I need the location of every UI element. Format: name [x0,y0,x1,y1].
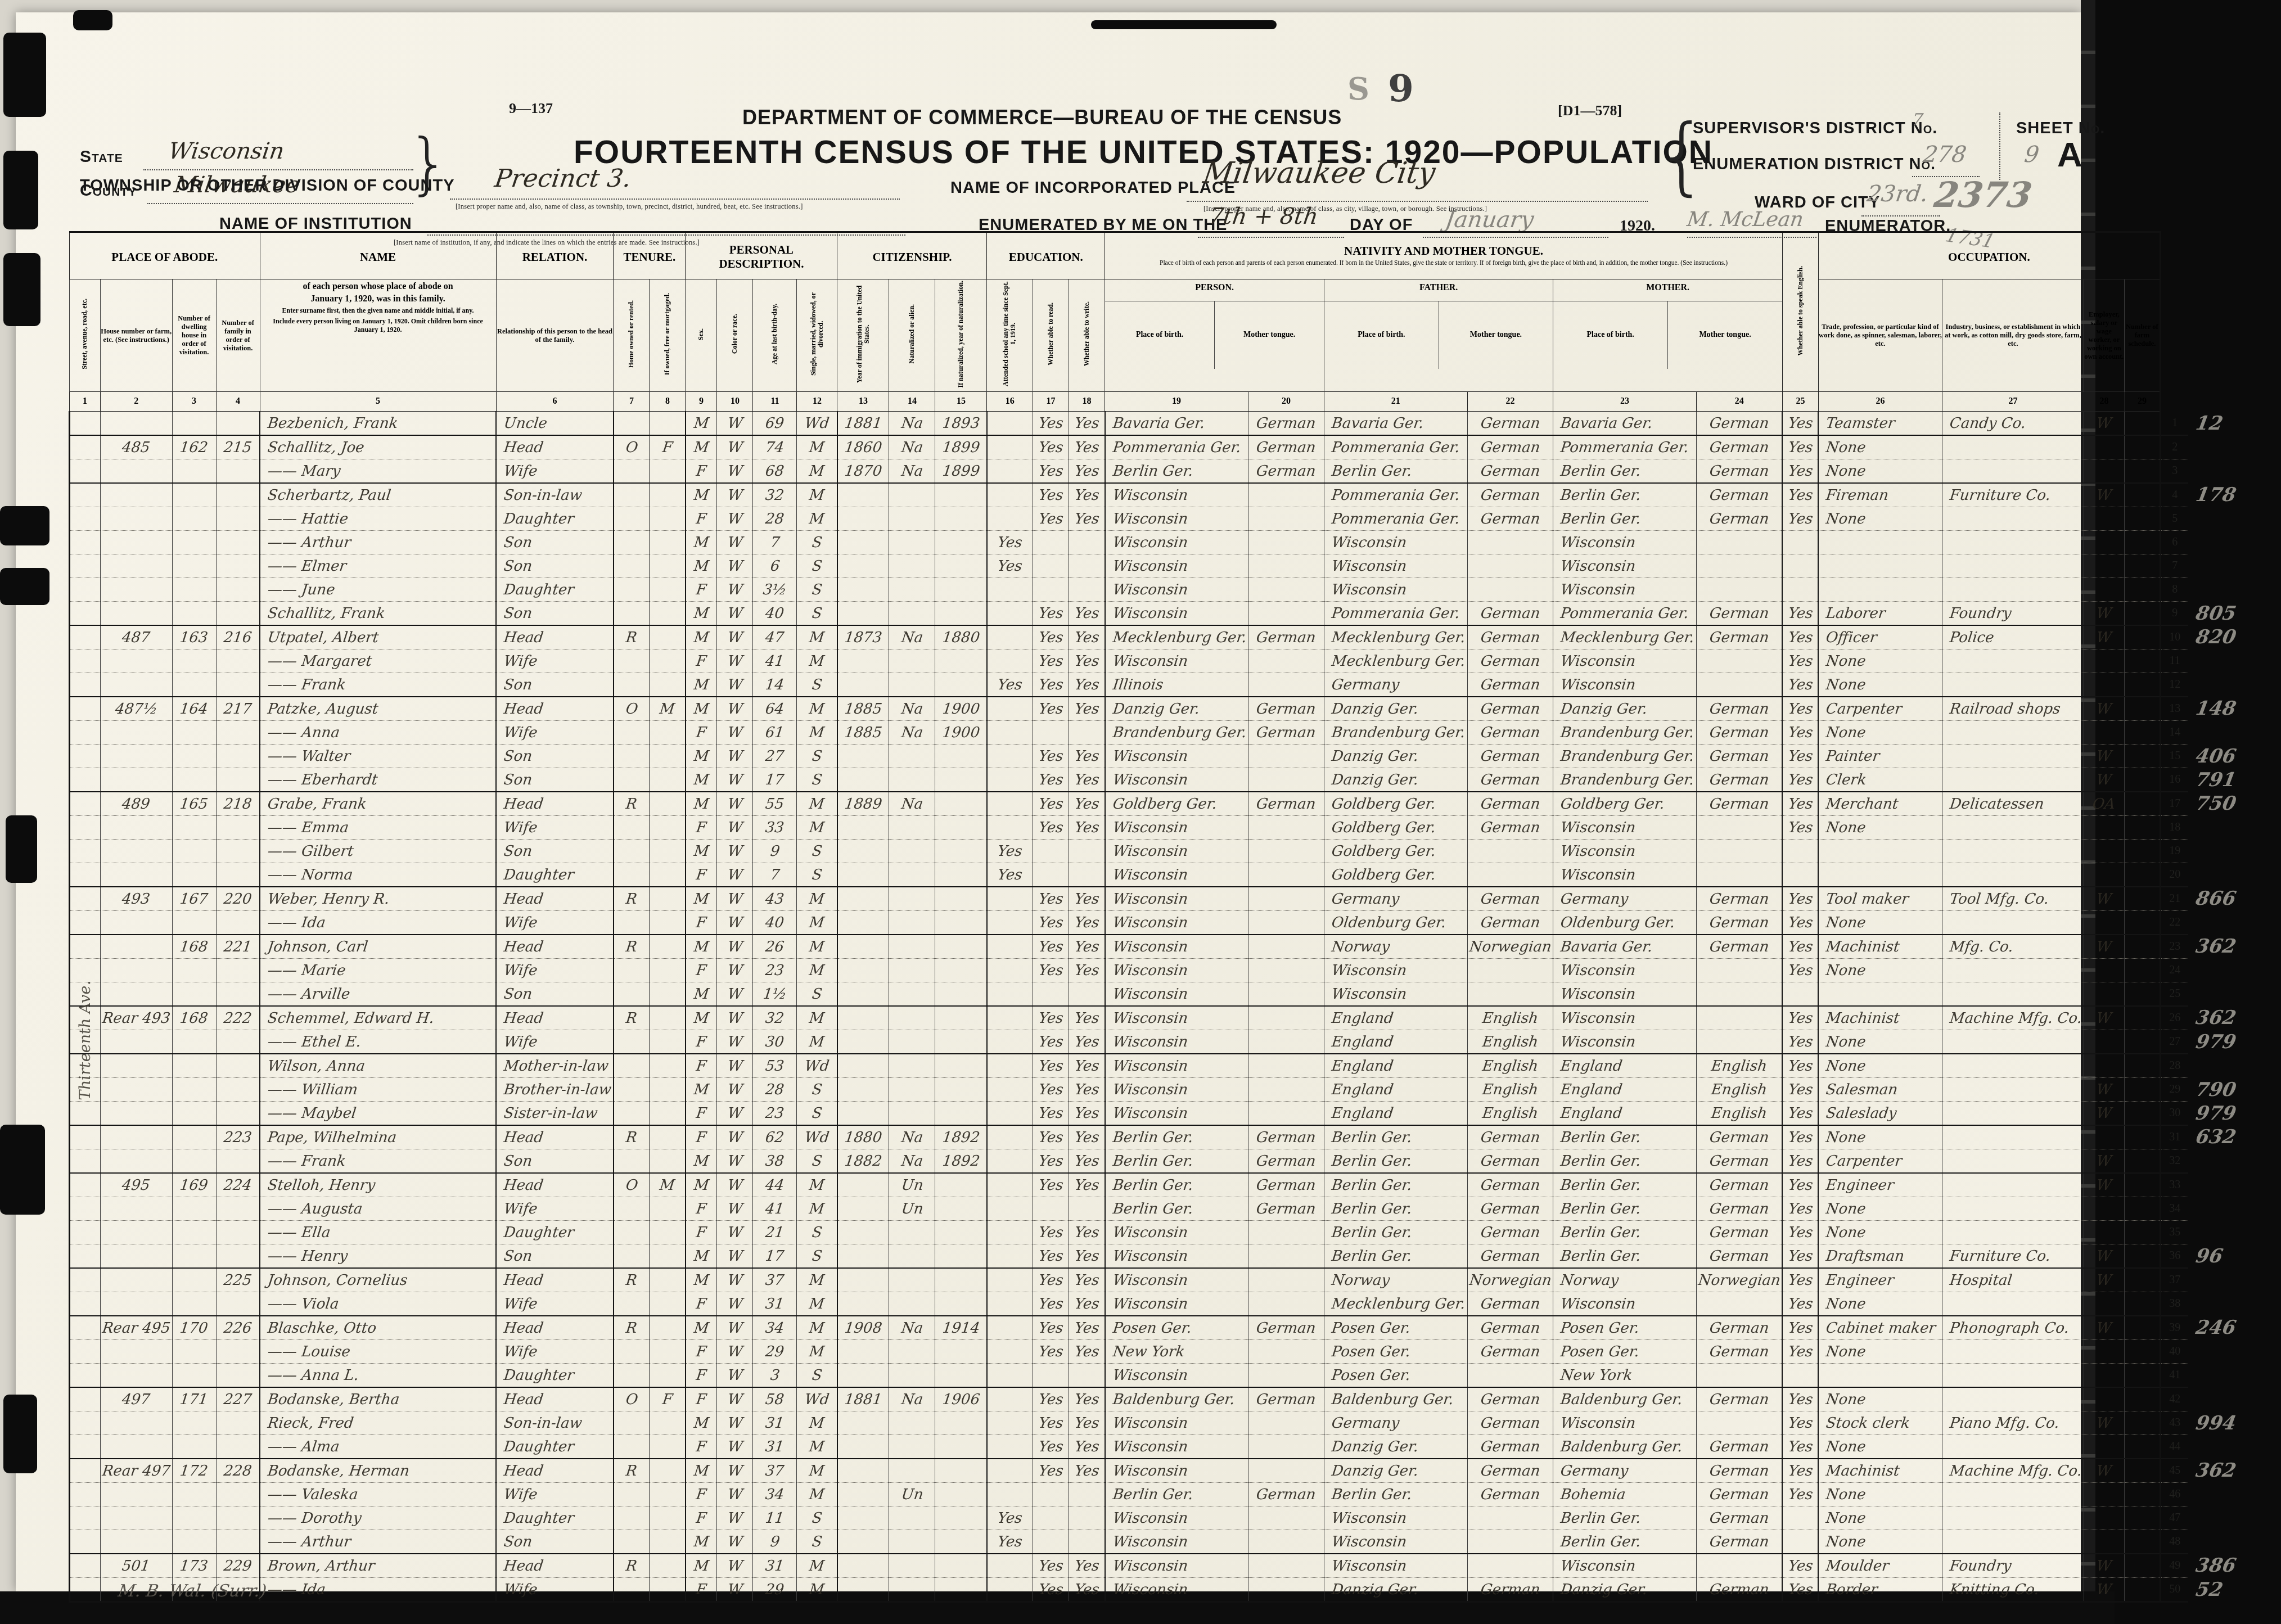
cell-mb-17: Goldberg Ger. [1553,792,1697,816]
cell-mb-27: Wisconsin [1553,1030,1697,1054]
cell-f-37: 225 [216,1268,260,1292]
cell-na-32: Na [889,1149,935,1174]
cell-mb-7: Wisconsin [1553,554,1697,578]
cell-na-40 [889,1340,935,1364]
cell-in-14 [1942,721,2084,745]
cell-mb-20: Wisconsin [1553,863,1697,887]
cell-in-21: Tool Mfg. Co. [1942,887,2084,911]
cell-en-36: Yes [1782,1244,1818,1269]
cell-rl-11: Wife [496,649,614,673]
cell-pb-25: Wisconsin [1105,982,1248,1007]
cell-na-11 [889,649,935,673]
cell-f-25 [216,982,260,1007]
margin-stamp-36: 96 [2188,1244,2256,1269]
cell-d-19 [172,840,216,863]
cell-fs-23 [2124,935,2160,959]
cell-ms-45: M [797,1459,837,1483]
group-relation: RELATION. [496,232,614,279]
cell-ft-48 [1467,1530,1553,1554]
cell-f-36 [216,1244,260,1269]
cell-mo-13: German [1696,697,1782,721]
cell-rd-42: Yes [1033,1387,1069,1411]
cell-m-29 [650,1078,686,1102]
cell-rl-29: Brother-in-law [496,1078,614,1102]
cell-en-39: Yes [1782,1316,1818,1340]
cell-in-2 [1942,435,2084,459]
cell-yn-13: 1900 [935,697,987,721]
cell-ft-33: German [1467,1173,1553,1197]
cell-ms-41: S [797,1364,837,1388]
cell-fs-44 [2124,1435,2160,1459]
cell-m-30 [650,1102,686,1126]
cell-h-48 [100,1530,172,1554]
cell-yi-25 [837,982,889,1007]
cell-yn-15 [935,745,987,768]
cell-mt-21 [1248,887,1324,911]
cell-mb-4: Berlin Ger. [1553,483,1697,507]
cell-street-3 [70,459,101,484]
cell-nm-6: —— Arthur [260,531,496,554]
cell-pb-18: Wisconsin [1105,816,1248,840]
cell-ft-3: German [1467,459,1553,484]
cell-en-11: Yes [1782,649,1818,673]
cell-o-43 [614,1411,650,1435]
census-row-36: —— HenrySonMW17SYesYesWisconsinBerlin Ge… [70,1244,2256,1269]
cell-sc-38 [987,1292,1033,1316]
cell-mb-5: Berlin Ger. [1553,507,1697,531]
census-row-6: —— ArthurSonMW7SYesWisconsinWisconsinWis… [70,531,2256,554]
cell-yn-36 [935,1244,987,1269]
cell-en-40: Yes [1782,1340,1818,1364]
cell-wr-49: Yes [1069,1554,1105,1578]
cell-rl-26: Head [496,1006,614,1030]
cell-rd-2: Yes [1033,435,1069,459]
cell-ft-25 [1467,982,1553,1007]
cell-street-2 [70,435,101,459]
cell-ag-22: 40 [753,911,797,935]
cell-pb-6: Wisconsin [1105,531,1248,554]
place-label: NAME OF INCORPORATED PLACE [950,179,1236,197]
cell-d-6 [172,531,216,554]
cell-h-18 [100,816,172,840]
line-number-26: 26 [2160,1006,2188,1030]
cell-oc-26: Machinist [1818,1006,1942,1030]
cell-m-5 [650,507,686,531]
cell-rd-14 [1033,721,1069,745]
cell-yn-48 [935,1530,987,1554]
cell-fs-21 [2124,887,2160,911]
cell-rd-26: Yes [1033,1006,1069,1030]
cell-yn-2: 1899 [935,435,987,459]
census-row-3: —— MaryWifeFW68M1870Na1899YesYesBerlin G… [70,459,2256,484]
cell-na-7 [889,554,935,578]
cell-pb-39: Posen Ger. [1105,1316,1248,1340]
cell-f-12 [216,673,260,697]
margin-stamp-10: 820 [2188,625,2256,649]
cell-h-17: 489 [100,792,172,816]
cell-street-18 [70,816,101,840]
line-number-16: 16 [2160,768,2188,792]
cell-rd-32: Yes [1033,1149,1069,1174]
sheet-value: 9 [2023,142,2041,168]
cell-nm-12: —— Frank [260,673,496,697]
header-divider [1999,112,2000,180]
cell-in-30 [1942,1102,2084,1126]
binder-clip [0,506,49,545]
cell-rd-25 [1033,982,1069,1007]
cell-sc-10 [987,625,1033,649]
cell-fs-25 [2124,982,2160,1007]
cell-sc-35 [987,1221,1033,1244]
cell-em-7 [2084,554,2124,578]
cell-em-38 [2084,1292,2124,1316]
cell-oc-39: Cabinet maker [1818,1316,1942,1340]
cell-rd-37: Yes [1033,1268,1069,1292]
cell-yi-2: 1860 [837,435,889,459]
cell-yn-47 [935,1506,987,1530]
margin-stamp-12 [2188,673,2256,697]
line-number-27: 27 [2160,1030,2188,1054]
cell-na-22 [889,911,935,935]
cell-mb-47: Berlin Ger. [1553,1506,1697,1530]
cell-cr-21: W [717,887,753,911]
cell-h-19 [100,840,172,863]
cell-em-27 [2084,1030,2124,1054]
cell-rl-4: Son-in-law [496,483,614,507]
cell-ms-29: S [797,1078,837,1102]
cell-na-29 [889,1078,935,1102]
cell-en-45: Yes [1782,1459,1818,1483]
cell-o-20 [614,863,650,887]
cell-mo-12 [1696,673,1782,697]
cell-o-17: R [614,792,650,816]
cell-street-12 [70,673,101,697]
cell-pb-11: Wisconsin [1105,649,1248,673]
cell-ag-34: 41 [753,1197,797,1221]
cell-em-4: W [2084,483,2124,507]
cell-m-48 [650,1530,686,1554]
cell-nm-16: —— Eberhardt [260,768,496,792]
cell-wr-11: Yes [1069,649,1105,673]
col-free-mortgaged: If owned, free or mortgaged. [650,279,686,392]
cell-oc-31: None [1818,1125,1942,1149]
cell-sc-17 [987,792,1033,816]
cell-h-40 [100,1340,172,1364]
cell-yn-9 [935,602,987,626]
cell-in-40 [1942,1340,2084,1364]
margin-stamp-19 [2188,840,2256,863]
cell-m-32 [650,1149,686,1174]
census-title: FOURTEENTH CENSUS OF THE UNITED STATES: … [574,134,1713,171]
cell-fb-7: Wisconsin [1324,554,1468,578]
cell-mo-31: German [1696,1125,1782,1149]
cell-d-21: 167 [172,887,216,911]
cell-o-45: R [614,1459,650,1483]
line-number-14: 14 [2160,721,2188,745]
cell-f-33: 224 [216,1173,260,1197]
cell-nm-19: —— Gilbert [260,840,496,863]
cell-h-42: 497 [100,1387,172,1411]
cell-cr-12: W [717,673,753,697]
cell-nm-33: Stelloh, Henry [260,1173,496,1197]
cell-mb-46: Bohemia [1553,1483,1697,1506]
cell-sc-31 [987,1125,1033,1149]
cell-f-14 [216,721,260,745]
cell-mo-38 [1696,1292,1782,1316]
cell-yi-47 [837,1506,889,1530]
cell-mo-41 [1696,1364,1782,1388]
cell-ft-29: English [1467,1078,1553,1102]
cell-ft-39: German [1467,1316,1553,1340]
cell-fb-30: England [1324,1102,1468,1126]
cell-fs-35 [2124,1221,2160,1244]
enum-district-label: ENUMERATION DISTRICT No. [1693,155,1936,174]
cell-in-10: Police [1942,625,2084,649]
cell-street-19 [70,840,101,863]
cell-o-25 [614,982,650,1007]
cell-in-13: Railroad shops [1942,697,2084,721]
cell-o-48 [614,1530,650,1554]
cell-o-39: R [614,1316,650,1340]
cell-rl-37: Head [496,1268,614,1292]
cell-fb-35: Berlin Ger. [1324,1221,1468,1244]
cell-fs-11 [2124,649,2160,673]
cell-yi-32: 1882 [837,1149,889,1174]
cell-na-31: Na [889,1125,935,1149]
cell-ms-33: M [797,1173,837,1197]
cell-sx-34: F [686,1197,717,1221]
cell-d-25 [172,982,216,1007]
cell-in-38 [1942,1292,2084,1316]
cell-cr-31: W [717,1125,753,1149]
cell-ag-49: 31 [753,1554,797,1578]
cell-mb-13: Danzig Ger. [1553,697,1697,721]
cell-in-45: Machine Mfg. Co. [1942,1459,2084,1483]
cell-ag-25: 1½ [753,982,797,1007]
line-number-9: 9 [2160,602,2188,626]
cell-oc-12: None [1818,673,1942,697]
cell-yi-24 [837,959,889,982]
cell-fs-29 [2124,1078,2160,1102]
cell-o-26: R [614,1006,650,1030]
cell-o-32 [614,1149,650,1174]
cell-mb-31: Berlin Ger. [1553,1125,1697,1149]
cell-rl-5: Daughter [496,507,614,531]
cell-sx-8: F [686,578,717,602]
line-number-38: 38 [2160,1292,2188,1316]
cell-o-42: O [614,1387,650,1411]
cell-wr-28: Yes [1069,1054,1105,1078]
cell-yn-38 [935,1292,987,1316]
cell-mb-45: Germany [1553,1459,1697,1483]
cell-mb-23: Bavaria Ger. [1553,935,1697,959]
cell-sx-10: M [686,625,717,649]
cell-oc-45: Machinist [1818,1459,1942,1483]
cell-ag-20: 7 [753,863,797,887]
cell-in-16 [1942,768,2084,792]
cell-oc-22: None [1818,911,1942,935]
census-row-20: —— NormaDaughterFW7SYesWisconsinGoldberg… [70,863,2256,887]
cell-ms-42: Wd [797,1387,837,1411]
cell-rl-20: Daughter [496,863,614,887]
cell-sx-16: M [686,768,717,792]
cell-m-9 [650,602,686,626]
cell-sc-46 [987,1483,1033,1506]
cell-ag-36: 17 [753,1244,797,1269]
cell-cr-46: W [717,1483,753,1506]
cell-oc-10: Officer [1818,625,1942,649]
cell-ms-34: M [797,1197,837,1221]
cell-ft-22: German [1467,911,1553,935]
cell-ag-42: 58 [753,1387,797,1411]
cell-in-3 [1942,459,2084,484]
cell-rl-43: Son-in-law [496,1411,614,1435]
doc-number: [D1—578] [1558,102,1622,119]
cell-yi-7 [837,554,889,578]
cell-d-8 [172,578,216,602]
cell-ag-11: 41 [753,649,797,673]
cell-sc-14 [987,721,1033,745]
line-number-46: 46 [2160,1483,2188,1506]
cell-wr-26: Yes [1069,1006,1105,1030]
cell-in-12 [1942,673,2084,697]
cell-fs-1 [2124,412,2160,436]
cell-em-9: W [2084,602,2124,626]
cell-fs-19 [2124,840,2160,863]
binder-mark [3,33,46,117]
ward-stamp: 2373 [1932,174,2035,215]
cell-f-20 [216,863,260,887]
cell-rl-28: Mother-in-law [496,1054,614,1078]
line-number-49: 49 [2160,1554,2188,1578]
margin-stamp-9: 805 [2188,602,2256,626]
cell-ft-35: German [1467,1221,1553,1244]
cell-street-40 [70,1340,101,1364]
cell-mt-4 [1248,483,1324,507]
cell-cr-9: W [717,602,753,626]
cell-em-22 [2084,911,2124,935]
cell-wr-43: Yes [1069,1411,1105,1435]
cell-wr-42: Yes [1069,1387,1105,1411]
census-row-26: Rear 493168222Schemmel, Edward H.HeadRMW… [70,1006,2256,1030]
cell-m-15 [650,745,686,768]
cell-mb-24: Wisconsin [1553,959,1697,982]
cell-rd-46 [1033,1483,1069,1506]
cell-cr-36: W [717,1244,753,1269]
cell-f-10: 216 [216,625,260,649]
cell-oc-16: Clerk [1818,768,1942,792]
cell-em-3 [2084,459,2124,484]
cell-yi-26 [837,1006,889,1030]
column-numbers-row: 123 456 789 101112 131415 161718 192021 … [70,392,2256,412]
cell-ft-11: German [1467,649,1553,673]
cell-cr-38: W [717,1292,753,1316]
census-row-33: 495169224Stelloh, HenryHeadOMMW44MUnYesY… [70,1173,2256,1197]
cell-mb-35: Berlin Ger. [1553,1221,1697,1244]
cell-mt-41 [1248,1364,1324,1388]
cell-rl-2: Head [496,435,614,459]
cell-wr-5: Yes [1069,507,1105,531]
cell-d-35 [172,1221,216,1244]
cell-m-24 [650,959,686,982]
cell-yi-27 [837,1030,889,1054]
census-row-8: —— JuneDaughterFW3½SWisconsinWisconsinWi… [70,578,2256,602]
cell-en-6 [1782,531,1818,554]
cell-d-30 [172,1102,216,1126]
cell-fb-15: Danzig Ger. [1324,745,1468,768]
cell-ft-2: German [1467,435,1553,459]
cell-rd-30: Yes [1033,1102,1069,1126]
line-number-8: 8 [2160,578,2188,602]
county-line [147,202,413,204]
cell-yn-4 [935,483,987,507]
cell-pb-43: Wisconsin [1105,1411,1248,1435]
cell-oc-46: None [1818,1483,1942,1506]
cell-d-16 [172,768,216,792]
margin-stamp-48 [2188,1530,2256,1554]
cell-fs-24 [2124,959,2160,982]
cell-fs-30 [2124,1102,2160,1126]
cell-ft-46: German [1467,1483,1553,1506]
census-row-30: —— MaybelSister-in-lawFW23SYesYesWiscons… [70,1102,2256,1126]
cell-mb-26: Wisconsin [1553,1006,1697,1030]
cell-o-19 [614,840,650,863]
cell-yi-16 [837,768,889,792]
cell-pb-48: Wisconsin [1105,1530,1248,1554]
cell-na-1: Na [889,412,935,436]
cell-mo-6 [1696,531,1782,554]
cell-nm-17: Grabe, Frank [260,792,496,816]
cell-mt-12 [1248,673,1324,697]
cell-yi-36 [837,1244,889,1269]
cell-em-25 [2084,982,2124,1007]
cell-d-11 [172,649,216,673]
cell-street-16 [70,768,101,792]
cell-sc-39 [987,1316,1033,1340]
cell-oc-15: Painter [1818,745,1942,768]
cell-oc-35: None [1818,1221,1942,1244]
cell-wr-41 [1069,1364,1105,1388]
cell-ms-8: S [797,578,837,602]
cell-sx-27: F [686,1030,717,1054]
cell-f-6 [216,531,260,554]
cell-ms-2: M [797,435,837,459]
cell-oc-20 [1818,863,1942,887]
cell-ft-4: German [1467,483,1553,507]
cell-ms-14: M [797,721,837,745]
cell-sc-34 [987,1197,1033,1221]
cell-rd-29: Yes [1033,1078,1069,1102]
cell-m-4 [650,483,686,507]
cell-d-2: 162 [172,435,216,459]
cell-yi-44 [837,1435,889,1459]
cell-in-23: Mfg. Co. [1942,935,2084,959]
cell-d-3 [172,459,216,484]
cell-mo-17: German [1696,792,1782,816]
cell-pb-16: Wisconsin [1105,768,1248,792]
col-sex: Sex. [686,279,717,392]
cell-o-27 [614,1030,650,1054]
cell-wr-50: Yes [1069,1578,1105,1602]
cell-h-3 [100,459,172,484]
cell-in-5 [1942,507,2084,531]
cell-cr-42: W [717,1387,753,1411]
cell-h-6 [100,531,172,554]
cell-street-10 [70,625,101,649]
cell-yi-41 [837,1364,889,1388]
line-number-31: 31 [2160,1125,2188,1149]
cell-pb-33: Berlin Ger. [1105,1173,1248,1197]
